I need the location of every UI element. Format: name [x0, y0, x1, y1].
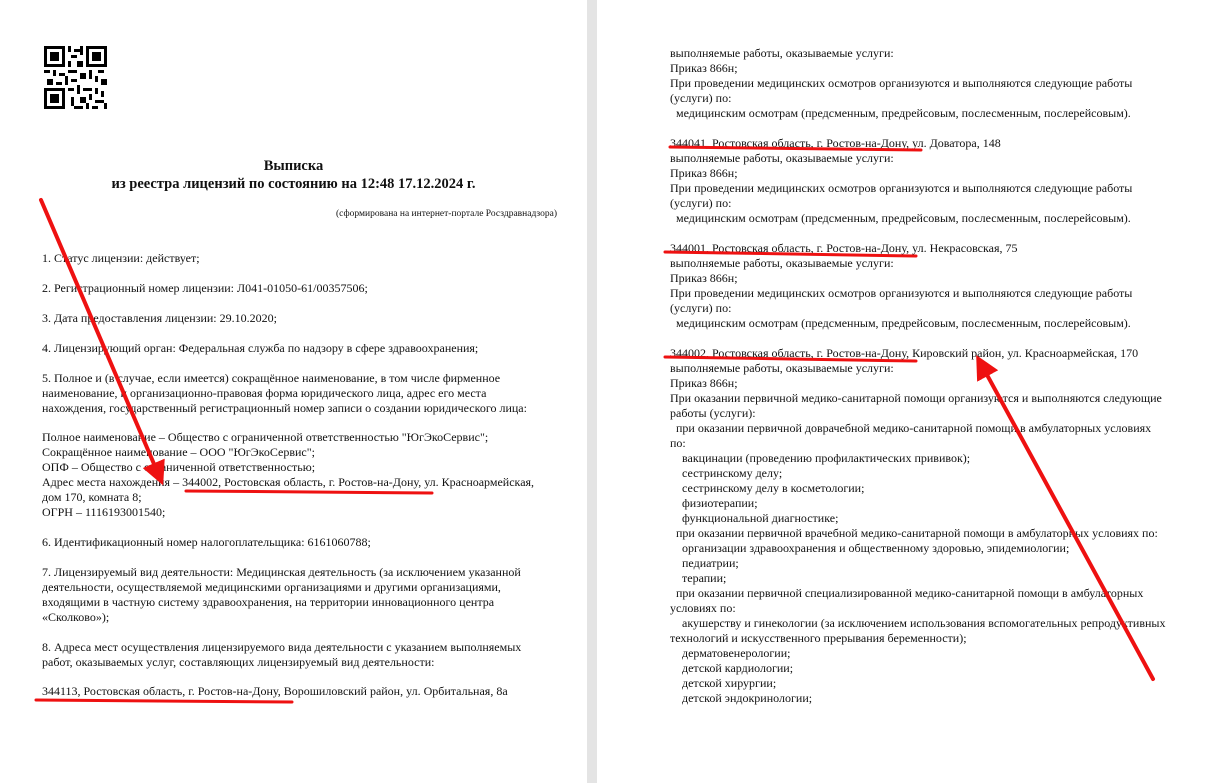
activity-type: 7. Лицензируемый вид деятельности: Медиц… — [42, 565, 521, 580]
right-page-line: педиатрии; — [670, 556, 739, 571]
page-divider — [587, 0, 597, 783]
right-page-line: (услуги) по: — [670, 301, 731, 316]
legal-address-cont: дом 170, комната 8; — [42, 490, 142, 505]
right-page-line: дерматовенерологии; — [670, 646, 790, 661]
section-8-text: 8. Адреса мест осуществления лицензируем… — [42, 640, 521, 655]
right-page-line: Приказ 866н; — [670, 376, 738, 391]
right-page-line: терапии; — [670, 571, 726, 586]
licensing-authority: 4. Лицензирующий орган: Федеральная служ… — [42, 341, 478, 356]
right-page-line: (услуги) по: — [670, 91, 731, 106]
right-page-line: детской хирургии; — [670, 676, 776, 691]
right-page-line: 344041, Ростовская область, г. Ростов-на… — [670, 136, 1001, 151]
document-source-note: (сформирована на интернет-портале Росздр… — [336, 209, 557, 219]
right-page-line: Приказ 866н; — [670, 166, 738, 181]
right-page-line: сестринскому делу; — [670, 466, 782, 481]
right-page-line: технологий и искусственного прерывания б… — [670, 631, 967, 646]
document-title: Выписка — [0, 158, 587, 175]
full-name: Полное наименование – Общество с огранич… — [42, 430, 488, 445]
activity-type: «Сколково»); — [42, 610, 109, 625]
section-8-text: работ, оказываемых услуг, составляющих л… — [42, 655, 434, 670]
activity-type: деятельности, осуществляемой медицинским… — [42, 580, 501, 595]
license-status: 1. Статус лицензии: действует; — [42, 251, 200, 266]
right-page-line: При оказании первичной медико-санитарной… — [670, 391, 1162, 406]
right-page-line: детской эндокринологии; — [670, 691, 812, 706]
right-page-line: выполняемые работы, оказываемые услуги: — [670, 151, 894, 166]
right-page-line: При проведении медицинских осмотров орга… — [670, 286, 1132, 301]
right-page-line: Приказ 866н; — [670, 61, 738, 76]
right-page-line: акушерству и гинекологии (за исключением… — [670, 616, 1165, 631]
right-page-line: 344002, Ростовская область, г. Ростов-на… — [670, 346, 1138, 361]
right-page-line: 344001, Ростовская область, г. Ростов-на… — [670, 241, 1017, 256]
right-page-line: медицинским осмотрам (предсменным, предр… — [670, 316, 1131, 331]
right-page-line: выполняемые работы, оказываемые услуги: — [670, 256, 894, 271]
short-name: Сокращённое наименование – ООО "ЮгЭкоСер… — [42, 445, 315, 460]
right-page-line: детской кардиологии; — [670, 661, 793, 676]
document-page-right: выполняемые работы, оказываемые услуги:П… — [597, 0, 1206, 783]
right-page-line: по: — [670, 436, 686, 451]
license-number: 2. Регистрационный номер лицензии: Л041-… — [42, 281, 368, 296]
inn: 6. Идентификационный номер налогоплатель… — [42, 535, 371, 550]
right-page-line: медицинским осмотрам (предсменным, предр… — [670, 106, 1131, 121]
right-page-line: вакцинации (проведению профилактических … — [670, 451, 970, 466]
right-page-line: организации здравоохранения и общественн… — [670, 541, 1069, 556]
address-344113: 344113, Ростовская область, г. Ростов-на… — [42, 684, 508, 699]
right-page-line: Приказ 866н; — [670, 271, 738, 286]
right-page-line: (услуги) по: — [670, 196, 731, 211]
right-page-line: при оказании первичной доврачебной медик… — [670, 421, 1151, 436]
qr-code-icon — [44, 46, 107, 109]
activity-type: входящими в частную систему здравоохране… — [42, 595, 494, 610]
right-page-line: При проведении медицинских осмотров орга… — [670, 181, 1132, 196]
right-page-line: функциональной диагностике; — [670, 511, 838, 526]
license-date: 3. Дата предоставления лицензии: 29.10.2… — [42, 311, 277, 326]
right-page-line: при оказании первичной специализированно… — [670, 586, 1143, 601]
right-page-line: При проведении медицинских осмотров орга… — [670, 76, 1132, 91]
right-page-line: выполняемые работы, оказываемые услуги: — [670, 361, 894, 376]
section-5-text: нахождения, государственный регистрацион… — [42, 401, 527, 416]
right-page-line: выполняемые работы, оказываемые услуги: — [670, 46, 894, 61]
right-page-line: при оказании первичной врачебной медико-… — [670, 526, 1158, 541]
ogrn: ОГРН – 1116193001540; — [42, 505, 165, 520]
right-page-line: условиях по: — [670, 601, 736, 616]
right-page-line: работы (услуги): — [670, 406, 756, 421]
section-5-text: наименование, и организационно-правовая … — [42, 386, 486, 401]
section-5-text: 5. Полное и (в случае, если имеется) сок… — [42, 371, 500, 386]
legal-form: ОПФ – Общество с ограниченной ответствен… — [42, 460, 315, 475]
document-page-left: Выписка из реестра лицензий по состоянию… — [0, 0, 587, 783]
legal-address: Адрес места нахождения – 344002, Ростовс… — [42, 475, 534, 490]
document-subtitle: из реестра лицензий по состоянию на 12:4… — [0, 176, 587, 193]
right-page-line: медицинским осмотрам (предсменным, предр… — [670, 211, 1131, 226]
right-page-line: сестринскому делу в косметологии; — [670, 481, 864, 496]
right-page-line: физиотерапии; — [670, 496, 758, 511]
